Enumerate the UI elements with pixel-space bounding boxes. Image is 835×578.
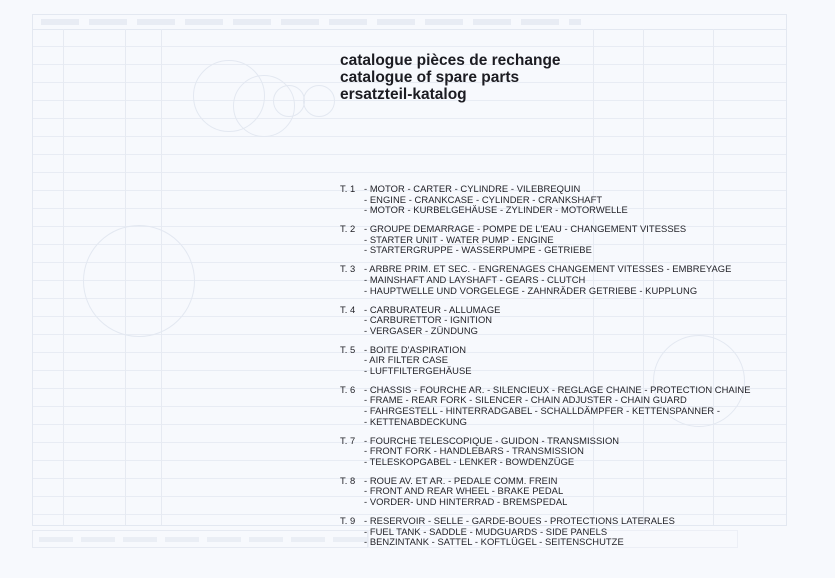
table-of-contents: T. 1 - MOTOR - CARTER - CYLINDRE - VILEB…	[340, 184, 751, 556]
toc-section-t4: T. 4 - CARBURATEUR - ALLUMAGE - CARBURET…	[340, 305, 751, 337]
toc-section-t7: T. 7 - FOURCHE TELESCOPIQUE - GUIDON - T…	[340, 436, 751, 468]
title-english: catalogue of spare parts	[340, 69, 561, 86]
section-line-de: - VERGASER - ZÜNDUNG	[364, 326, 751, 337]
title-french: catalogue pièces de rechange	[340, 52, 561, 69]
section-number: T. 8	[340, 476, 364, 508]
title-german: ersatzteil-katalog	[340, 86, 561, 103]
section-number: T. 5	[340, 345, 364, 377]
background-table-header	[33, 15, 786, 30]
section-number: T. 3	[340, 264, 364, 296]
section-number: T. 7	[340, 436, 364, 468]
toc-section-t9: T. 9 - RESERVOIR - SELLE - GARDE-BOUES -…	[340, 516, 751, 548]
section-number: T. 1	[340, 184, 364, 216]
toc-section-t3: T. 3 - ARBRE PRIM. ET SEC. - ENGRENAGES …	[340, 264, 751, 296]
toc-section-t6: T. 6 - CHASSIS - FOURCHE AR. - SILENCIEU…	[340, 385, 751, 427]
section-line-de: - HAUPTWELLE UND VORGELEGE - ZAHNRÄDER G…	[364, 286, 751, 297]
section-line-en: - MAINSHAFT AND LAYSHAFT - GEARS - CLUTC…	[364, 275, 751, 286]
section-line-de: - TELESKOPGABEL - LENKER - BOWDENZÜGE	[364, 457, 751, 468]
background-drawing-part	[303, 85, 335, 117]
section-line-de: - BENZINTANK - SATTEL - KOFTLÜGEL - SEIT…	[364, 537, 751, 548]
toc-section-t2: T. 2 - GROUPE DEMARRAGE - POMPE DE L'EAU…	[340, 224, 751, 256]
section-line-fr: - RESERVOIR - SELLE - GARDE-BOUES - PROT…	[364, 516, 751, 527]
section-number: T. 4	[340, 305, 364, 337]
section-number: T. 6	[340, 385, 364, 427]
toc-section-t8: T. 8 - ROUE AV. ET AR. - PEDALE COMM. FR…	[340, 476, 751, 508]
section-number: T. 2	[340, 224, 364, 256]
section-line-de: - LUFTFILTERGEHÄUSE	[364, 366, 751, 377]
section-line-de: - VORDER- UND HINTERRAD - BREMSPEDAL	[364, 497, 751, 508]
section-line-fr: - MOTOR - CARTER - CYLINDRE - VILEBREQUI…	[364, 184, 751, 195]
toc-section-t5: T. 5 - BOITE D'ASPIRATION - AIR FILTER C…	[340, 345, 751, 377]
background-drawing-part	[83, 225, 195, 337]
toc-section-t1: T. 1 - MOTOR - CARTER - CYLINDRE - VILEB…	[340, 184, 751, 216]
background-footer-bar	[32, 530, 368, 548]
background-drawing-part	[273, 85, 305, 117]
section-number: T. 9	[340, 516, 364, 548]
background-drawing-part	[233, 75, 295, 137]
catalogue-titles: catalogue pièces de rechange catalogue o…	[340, 52, 561, 103]
section-line-de: - STARTERGRUPPE - WASSERPUMPE - GETRIEBE	[364, 245, 751, 256]
background-drawing-part	[193, 60, 265, 132]
section-line-de-cont: - KETTENABDECKUNG	[364, 417, 751, 428]
section-line-de: - MOTOR - KURBELGEHÄUSE - ZYLINDER - MOT…	[364, 205, 751, 216]
